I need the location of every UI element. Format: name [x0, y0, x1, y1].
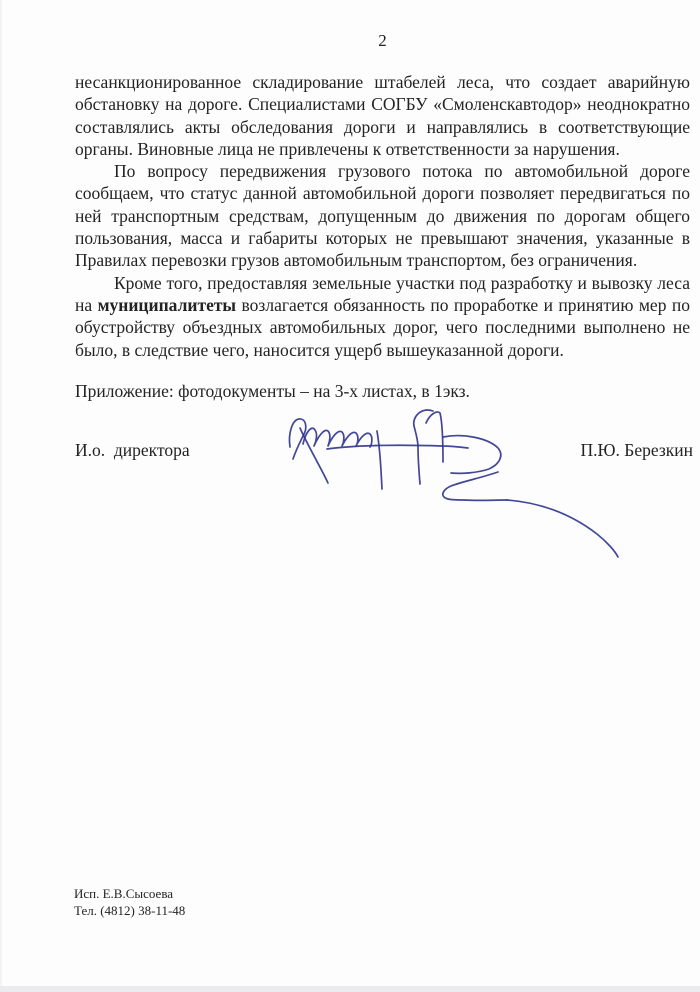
- page-number: 2: [75, 31, 690, 51]
- signer-title: И.о. директора: [75, 440, 190, 461]
- executor-block: Исп. Е.В.Сысоева Тел. (4812) 38-11-48: [74, 886, 185, 919]
- scan-edge-left: [0, 0, 2, 992]
- paragraph-bold-text: муниципалитеты: [98, 295, 237, 315]
- signer-name: П.Ю. Березкин: [581, 440, 693, 461]
- attachment-line: Приложение: фотодокументы – на 3-х листа…: [75, 380, 690, 402]
- document-body: несанкционированное складирование штабел…: [75, 71, 690, 402]
- document-page: 2 несанкционированное складирование штаб…: [0, 0, 700, 992]
- paragraph-municipalities: Кроме того, предоставляя земельные участ…: [75, 272, 690, 361]
- signature-stroke: [443, 472, 507, 500]
- paragraph-road-condition: несанкционированное складирование штабел…: [75, 71, 690, 160]
- signature-ink: [289, 410, 618, 557]
- paragraph-cargo-traffic: По вопросу передвижения грузового потока…: [75, 160, 690, 271]
- executor-phone: Тел. (4812) 38-11-48: [74, 903, 185, 920]
- handwritten-signature: [280, 400, 680, 570]
- signature-stroke: [507, 500, 618, 557]
- scan-edge-bottom: [0, 986, 700, 992]
- signature-row: И.о. директора П.Ю. Березкин: [75, 440, 693, 461]
- executor-name: Исп. Е.В.Сысоева: [74, 886, 185, 903]
